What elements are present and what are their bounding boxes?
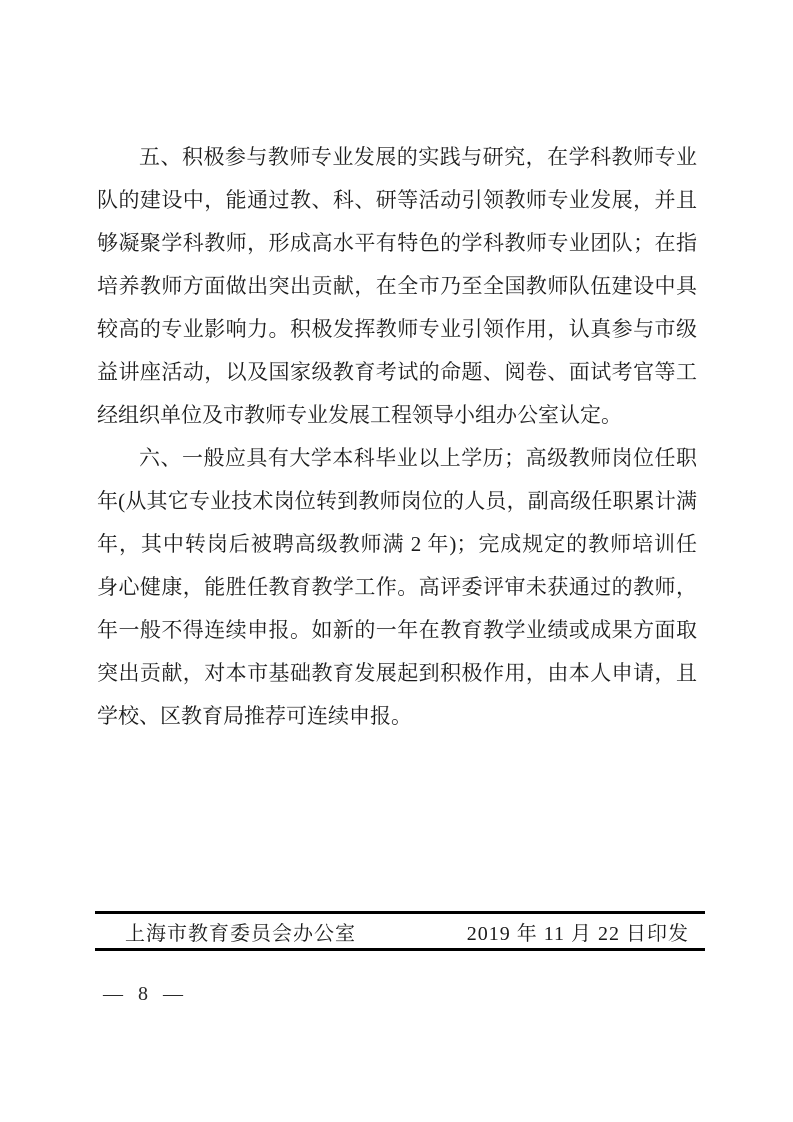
text-line: 益讲座活动，以及国家级教育考试的命题、阅卷、面试考官等工作， (97, 351, 697, 394)
text-line: 突出贡献，对本市基础教育发展起到积极作用，由本人申请，且经 (97, 652, 697, 695)
text-line: 较高的专业影响力。积极发挥教师专业引领作用，认真参与市级公 (97, 308, 697, 351)
document-body: 五、积极参与教师专业发展的实践与研究，在学科教师专业团队的建设中，能通过教、科、… (97, 136, 697, 738)
footer-issuer: 上海市教育委员会办公室 (125, 917, 356, 946)
text-line: 六、一般应具有大学本科毕业以上学历；高级教师岗位任职满 5 (97, 437, 697, 480)
paragraph: 六、一般应具有大学本科毕业以上学历；高级教师岗位任职满 5年(从其它专业技术岗位… (97, 437, 697, 738)
text-line: 经组织单位及市教师专业发展工程领导小组办公室认定。 (97, 394, 697, 437)
text-line: 培养教师方面做出突出贡献，在全市乃至全国教师队伍建设中具有 (97, 265, 697, 308)
text-line: 五、积极参与教师专业发展的实践与研究，在学科教师专业团 (97, 136, 697, 179)
text-line: 年一般不得连续申报。如新的一年在教育教学业绩或成果方面取得 (97, 609, 697, 652)
text-line: 年，其中转岗后被聘高级教师满 2 年)；完成规定的教师培训任务； (97, 523, 697, 566)
text-line: 身心健康，能胜任教育教学工作。高评委评审未获通过的教师，次 (97, 566, 697, 609)
text-line: 学校、区教育局推荐可连续申报。 (97, 695, 697, 738)
text-line: 年(从其它专业技术岗位转到教师岗位的人员，副高级任职累计满 5 (97, 480, 697, 523)
document-footer: 上海市教育委员会办公室 2019 年 11 月 22 日印发 (95, 911, 705, 951)
text-line: 够凝聚学科教师，形成高水平有特色的学科教师专业团队；在指导、 (97, 222, 697, 265)
text-line: 队的建设中，能通过教、科、研等活动引领教师专业发展，并且能 (97, 179, 697, 222)
page-number: — 8 — (103, 983, 188, 1006)
document-page: 五、积极参与教师专业发展的实践与研究，在学科教师专业团队的建设中，能通过教、科、… (0, 0, 793, 1122)
paragraph: 五、积极参与教师专业发展的实践与研究，在学科教师专业团队的建设中，能通过教、科、… (97, 136, 697, 437)
footer-print-date: 2019 年 11 月 22 日印发 (467, 917, 689, 946)
